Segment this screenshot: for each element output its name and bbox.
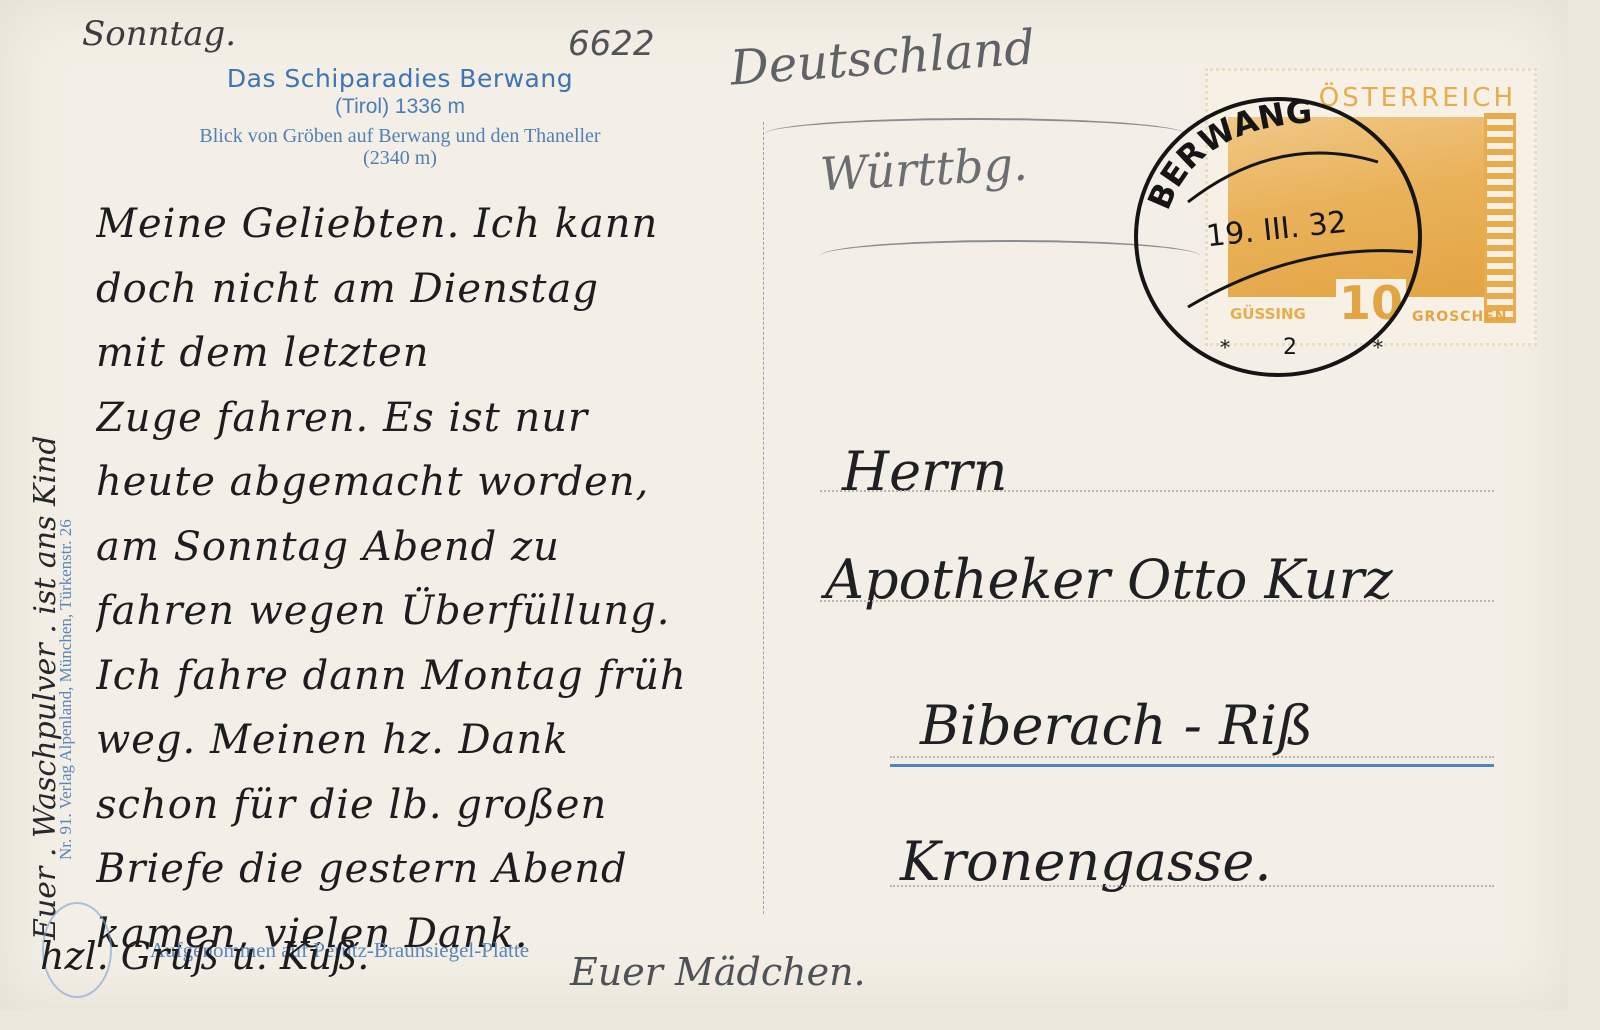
address-street: Kronengasse.	[900, 830, 1272, 893]
stamp-border-ornament	[1484, 113, 1516, 323]
message-line: mit dem letzten	[96, 325, 796, 390]
archive-number: 6622	[568, 24, 655, 64]
svg-text:*: *	[1373, 335, 1383, 359]
message-line: Ich fahre dann Montag früh	[96, 648, 796, 713]
address-city: Biberach - Riß	[920, 694, 1313, 757]
margin-note: Euer . Waschpulver . ist ans Kind	[28, 435, 63, 940]
card-title: Das Schiparadies Berwang	[80, 64, 720, 93]
printed-header: Das Schiparadies Berwang (Tirol) 1336 m …	[80, 64, 720, 169]
description-line-1: Blick von Gröben auf Berwang und den Tha…	[80, 125, 720, 147]
message-line: Briefe die gestern Abend	[96, 841, 796, 906]
card-description: Blick von Gröben auf Berwang und den Tha…	[80, 125, 720, 169]
postcard-back: Sonntag. 6622 Das Schiparadies Berwang (…	[0, 0, 1568, 1010]
address-salutation: Herrn	[842, 440, 1007, 503]
pencil-note-top: Sonntag.	[82, 14, 236, 54]
description-line-2: (2340 m)	[80, 147, 720, 169]
message-line: am Sonntag Abend zu	[96, 519, 796, 584]
closing-greeting: hzl. Gruß u. Kuß.	[40, 934, 369, 978]
address-rule	[820, 490, 1494, 492]
pencil-stroke	[765, 118, 1185, 150]
address-rule	[820, 600, 1494, 602]
address-rule	[890, 885, 1494, 887]
address-city-underline	[890, 764, 1494, 767]
message-line: Zuge fahren. Es ist nur	[96, 390, 796, 455]
message-line: Meine Geliebten. Ich kann	[96, 196, 796, 261]
card-subtitle: (Tirol) 1336 m	[80, 95, 720, 119]
signature: Euer Mädchen.	[570, 950, 866, 994]
message-line: fahren wegen Überfüllung.	[96, 583, 796, 648]
handwritten-message: Meine Geliebten. Ich kann doch nicht am …	[96, 196, 796, 970]
message-line: heute abgemacht worden,	[96, 454, 796, 519]
svg-text:*: *	[1220, 335, 1230, 359]
message-line: doch nicht am Dienstag	[96, 261, 796, 326]
message-line-part: mit dem letzten	[96, 330, 430, 376]
message-line: schon für die lb. großen	[96, 777, 796, 842]
address-rule	[890, 756, 1494, 758]
divider-line	[763, 122, 764, 914]
forwarding-note-country: Deutschland	[728, 19, 1036, 96]
message-line: weg. Meinen hz. Dank	[96, 712, 796, 777]
postmark-sub: 2	[1283, 335, 1297, 360]
